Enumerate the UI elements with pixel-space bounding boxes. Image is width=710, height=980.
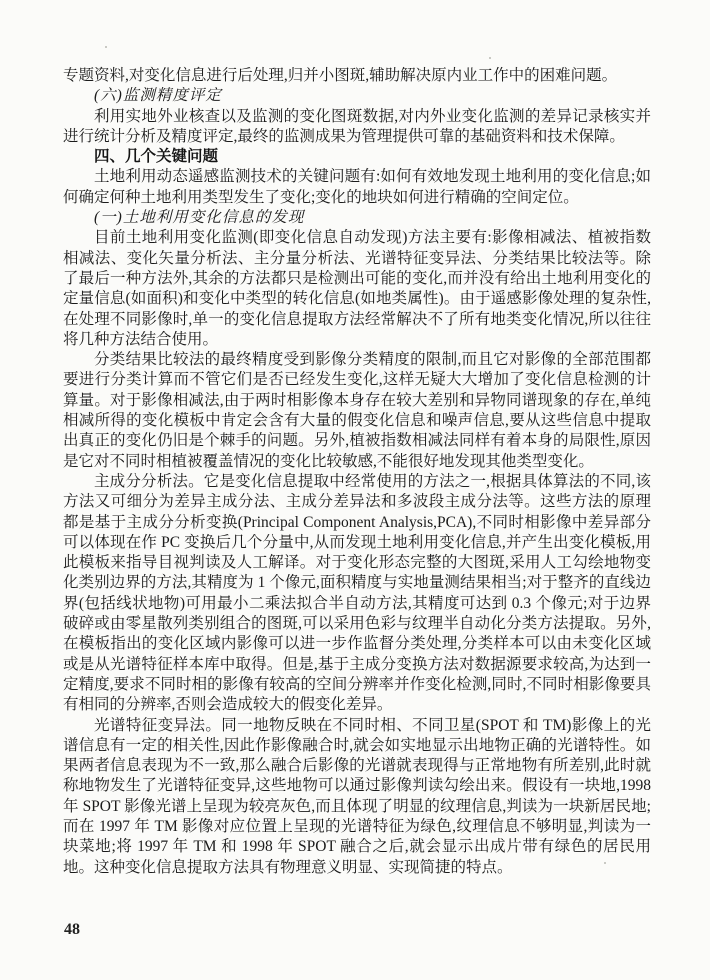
paragraph-postprocessing-continuation: 专题资料,对变化信息进行后处理,归并小图斑,辅助解决原内业工作中的困难问题。 <box>63 66 651 86</box>
subheading-six-monitoring-accuracy: (六)监测精度评定 <box>63 86 651 106</box>
paragraph-spectral-feature-variation: 光谱特征变异法。同一地物反映在不同时相、不同卫星(SPOT 和 TM)影像上的光… <box>63 716 651 878</box>
paragraph-accuracy-assessment: 利用实地外业核查以及监测的变化图斑数据,对内外业变化监测的差异记录核实并进行统计… <box>63 107 651 148</box>
page-text-block: 专题资料,对变化信息进行后处理,归并小图斑,辅助解决原内业工作中的困难问题。 (… <box>63 66 651 878</box>
paragraph-detection-methods: 目前土地利用变化监测(即变化信息自动发现)方法主要有:影像相减法、植被指数相减法… <box>63 228 651 350</box>
subheading-one-change-detection: (一)土地利用变化信息的发现 <box>63 208 651 228</box>
page-number: 48 <box>64 921 80 939</box>
paragraph-key-issues-overview: 土地利用动态遥感监测技术的关键问题有:如何有效地发现土地利用的变化信息;如何确定… <box>63 167 651 208</box>
scan-speck <box>105 46 107 48</box>
scan-speck <box>604 862 606 864</box>
scan-speck <box>489 57 491 59</box>
scanned-document-page: 专题资料,对变化信息进行后处理,归并小图斑,辅助解决原内业工作中的困难问题。 (… <box>0 0 710 980</box>
paragraph-classification-comparison-limits: 分类结果比较法的最终精度受到影像分类精度的限制,而且它对影像的全部范围都要进行分… <box>63 350 651 472</box>
paragraph-principal-component-analysis: 主成分分析法。它是变化信息提取中经常使用的方法之一,根据具体算法的不同,该方法又… <box>63 472 651 716</box>
section-heading-four-key-issues: 四、几个关键问题 <box>63 147 651 167</box>
